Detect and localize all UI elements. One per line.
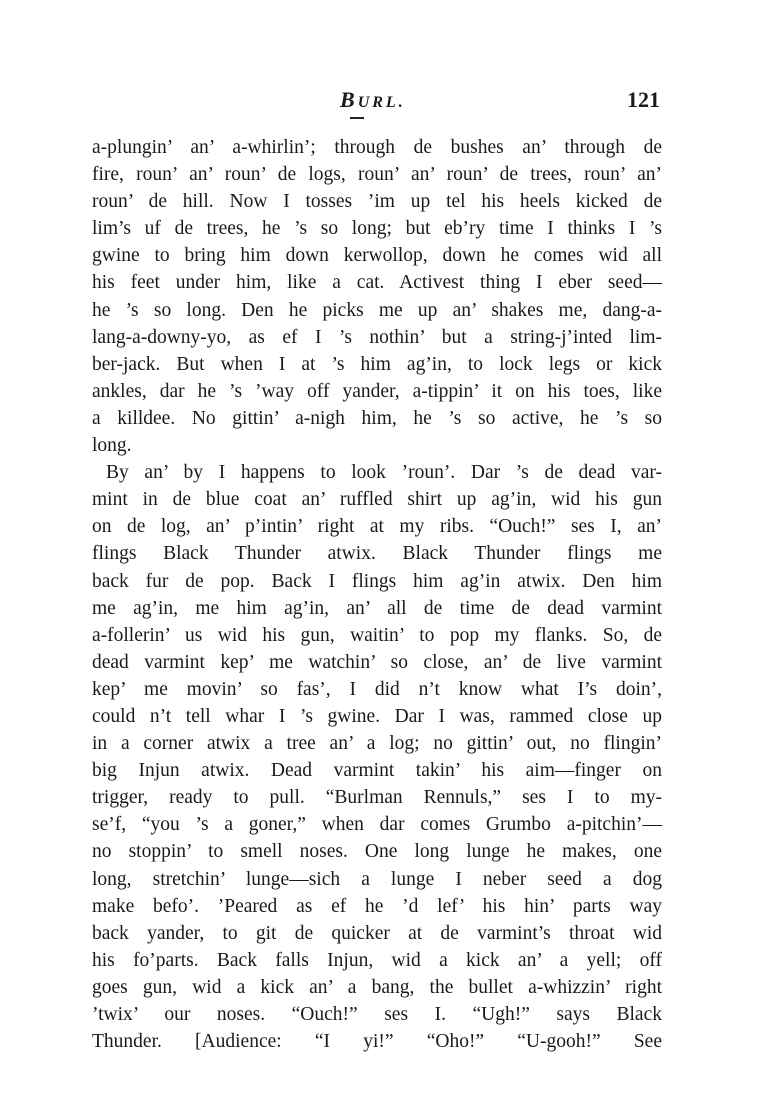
text-line: could n’t tell whar I ’s gwine. Dar I wa… xyxy=(92,703,662,730)
text-line: lim’s uf de trees, he ’s so long; but eb… xyxy=(92,215,662,242)
text-line: se’f, “you ’s a goner,” when dar comes G… xyxy=(92,811,662,838)
text-line: Thunder. [Audience: “I yi!” “Oho!” “U-go… xyxy=(92,1028,662,1055)
title-initial: B xyxy=(340,87,358,112)
text-line: kep’ me movin’ so fas’, I did n’t know w… xyxy=(92,676,662,703)
text-line: goes gun, wid a kick an’ a bang, the bul… xyxy=(92,974,662,1001)
text-line: gwine to bring him down kerwollop, down … xyxy=(92,242,662,269)
text-line: ’twix’ our noses. “Ouch!” ses I. “Ugh!” … xyxy=(92,1001,662,1028)
text-line: in a corner atwix a tree an’ a log; no g… xyxy=(92,730,662,757)
text-line: lang-a-downy-yo, as ef I ’s nothin’ but … xyxy=(92,324,662,351)
text-line: make befo’. ’Peared as ef he ’d lef’ his… xyxy=(92,893,662,920)
paragraph-end-line: long. xyxy=(92,432,662,459)
text-line: dead varmint kep’ me watchin’ so close, … xyxy=(92,649,662,676)
page-number: 121 xyxy=(627,84,660,116)
title-rest: URL. xyxy=(358,94,406,111)
text-line: mint in de blue coat an’ ruffled shirt u… xyxy=(92,486,662,513)
text-line: his fo’parts. Back falls Injun, wid a ki… xyxy=(92,947,662,974)
text-line: back fur de pop. Back I flings him ag’in… xyxy=(92,568,662,595)
text-line: his feet under him, like a cat. Activest… xyxy=(92,269,662,296)
head-rule-divider xyxy=(350,117,364,119)
text-line: a-follerin’ us wid his gun, waitin’ to p… xyxy=(92,622,662,649)
text-line: big Injun atwix. Dead varmint takin’ his… xyxy=(92,757,662,784)
text-line: a killdee. No gittin’ a-nigh him, he ’s … xyxy=(92,405,662,432)
text-line: roun’ de hill. Now I tosses ’im up tel h… xyxy=(92,188,662,215)
book-page: BURL. 121 a-plungin’ an’ a-whirlin’; thr… xyxy=(0,0,760,1100)
text-line: on de log, an’ p’intin’ right at my ribs… xyxy=(92,513,662,540)
paragraph-start-line: By an’ by I happens to look ’roun’. Dar … xyxy=(92,459,662,486)
text-line: a-plungin’ an’ a-whirlin’; through de bu… xyxy=(92,134,662,161)
text-line: flings Black Thunder atwix. Black Thunde… xyxy=(92,540,662,567)
text-line: ankles, dar he ’s ’way off yander, a-tip… xyxy=(92,378,662,405)
body-text: a-plungin’ an’ a-whirlin’; through de bu… xyxy=(92,134,662,1055)
text-line: trigger, ready to pull. “Burlman Rennuls… xyxy=(92,784,662,811)
running-head-title: BURL. xyxy=(340,84,406,119)
text-line: no stoppin’ to smell noses. One long lun… xyxy=(92,838,662,865)
text-line: ber-jack. But when I at ’s him ag’in, to… xyxy=(92,351,662,378)
text-line: long, stretchin’ lunge—sich a lunge I ne… xyxy=(92,866,662,893)
text-line: fire, roun’ an’ roun’ de logs, roun’ an’… xyxy=(92,161,662,188)
text-line: me ag’in, me him ag’in, an’ all de time … xyxy=(92,595,662,622)
text-line: he ’s so long. Den he picks me up an’ sh… xyxy=(92,297,662,324)
running-head: BURL. 121 xyxy=(92,84,662,116)
text-line: back yander, to git de quicker at de var… xyxy=(92,920,662,947)
